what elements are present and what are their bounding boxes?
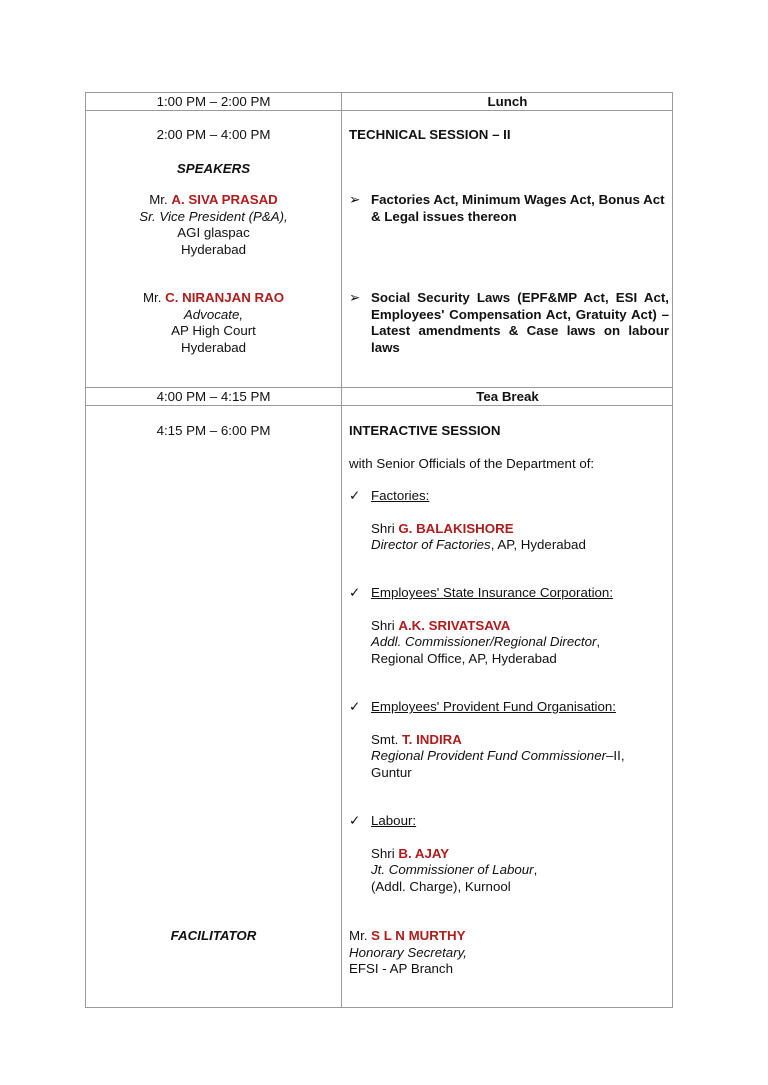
- row-divider: [86, 387, 672, 388]
- agenda-table: 1:00 PM – 2:00 PM Lunch 2:00 PM – 4:00 P…: [85, 92, 673, 1008]
- check-icon: ✓: [349, 488, 365, 505]
- column-divider: [341, 93, 342, 1007]
- interactive-title: INTERACTIVE SESSION: [349, 423, 667, 440]
- check-icon: ✓: [349, 585, 365, 602]
- tea-title: Tea Break: [341, 389, 674, 406]
- speaker-name: A. SIVA PRASAD: [171, 192, 277, 207]
- dept-1: Factories: Shri G. BALAKISHORE Director …: [371, 488, 669, 554]
- speaker-1: Mr. A. SIVA PRASAD Sr. Vice President (P…: [86, 192, 341, 258]
- dept-3: Employees' Provident Fund Organisation: …: [371, 699, 669, 781]
- topic-1: Factories Act, Minimum Wages Act, Bonus …: [371, 192, 669, 225]
- speaker-2: Mr. C. NIRANJAN RAO Advocate, AP High Co…: [86, 290, 341, 356]
- technical-title: TECHNICAL SESSION – II: [349, 127, 667, 144]
- tea-time: 4:00 PM – 4:15 PM: [86, 389, 341, 406]
- facilitator: Mr. S L N MURTHY Honorary Secretary, EFS…: [349, 928, 667, 978]
- technical-time: 2:00 PM – 4:00 PM: [86, 127, 341, 144]
- check-icon: ✓: [349, 813, 365, 830]
- speaker-name: C. NIRANJAN RAO: [165, 290, 284, 305]
- speakers-label: SPEAKERS: [86, 161, 341, 178]
- lunch-time: 1:00 PM – 2:00 PM: [86, 94, 341, 111]
- lunch-title: Lunch: [341, 94, 674, 111]
- dept-2: Employees' State Insurance Corporation: …: [371, 585, 669, 667]
- interactive-time: 4:15 PM – 6:00 PM: [86, 423, 341, 440]
- facilitator-label: FACILITATOR: [86, 928, 341, 945]
- dept-4: Labour: Shri B. AJAY Jt. Commissioner of…: [371, 813, 669, 895]
- check-icon: ✓: [349, 699, 365, 716]
- arrow-bullet-icon: ➢: [349, 290, 365, 307]
- arrow-bullet-icon: ➢: [349, 192, 365, 209]
- interactive-intro: with Senior Officials of the Department …: [349, 456, 667, 473]
- topic-2: Social Security Laws (EPF&MP Act, ESI Ac…: [371, 290, 669, 356]
